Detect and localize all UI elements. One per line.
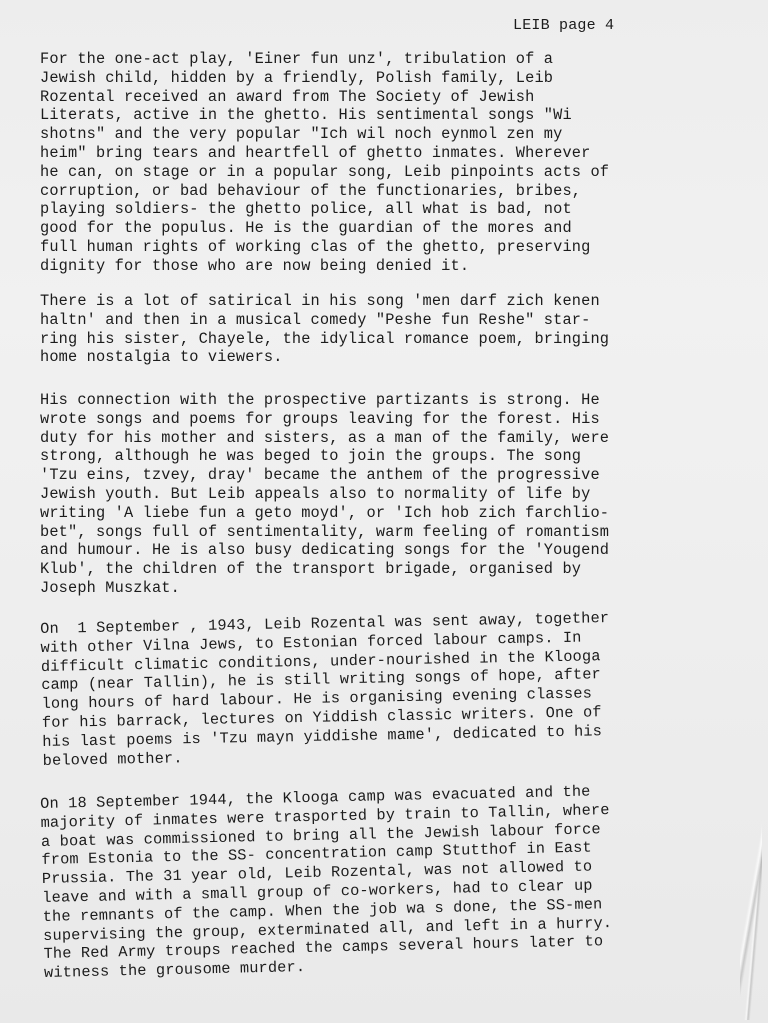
text-line: ring his sister, Chayele, the idylical r… bbox=[40, 330, 760, 349]
text-line: Jewish child, hidden by a friendly, Poli… bbox=[40, 69, 760, 88]
text-line: His connection with the prospective part… bbox=[40, 391, 760, 410]
text-line: and humour. He is also busy dedicating s… bbox=[40, 541, 760, 560]
text-line: There is a lot of satirical in his song … bbox=[40, 292, 760, 311]
paragraph-estonian-camps: On 1 September , 1943, Leib Rozental was… bbox=[40, 606, 763, 770]
text-line: playing soldiers- the ghetto police, all… bbox=[40, 200, 760, 219]
paragraph-award: For the one-act play, 'Einer fun unz', t… bbox=[40, 50, 760, 276]
text-line: Rozental received an award from The Soci… bbox=[40, 88, 760, 107]
text-line: full human rights of working clas of the… bbox=[40, 238, 760, 257]
paper-crease bbox=[740, 820, 762, 1020]
text-line: Literats, active in the ghetto. His sent… bbox=[40, 106, 760, 125]
text-line: bet", songs full of sentimentality, warm… bbox=[40, 523, 760, 542]
paragraph-partizants: His connection with the prospective part… bbox=[40, 391, 760, 598]
text-line: Klub', the children of the transport bri… bbox=[40, 560, 760, 579]
text-line: writing 'A liebe fun a geto moyd', or 'I… bbox=[40, 504, 760, 523]
text-line: home nostalgia to viewers. bbox=[40, 348, 760, 367]
paragraph-satire: There is a lot of satirical in his song … bbox=[40, 292, 760, 367]
page-header: LEIB page 4 bbox=[513, 17, 614, 34]
text-line: haltn' and then in a musical comedy "Pes… bbox=[40, 311, 760, 330]
text-line: good for the populus. He is the guardian… bbox=[40, 219, 760, 238]
text-line: 'Tzu eins, tzvey, dray' became the anthe… bbox=[40, 466, 760, 485]
text-line: dignity for those who are now being deni… bbox=[40, 257, 760, 276]
text-line: Jewish youth. But Leib appeals also to n… bbox=[40, 485, 760, 504]
text-line: he can, on stage or in a popular song, L… bbox=[40, 163, 760, 182]
paragraph-klooga-evacuation: On 18 September 1944, the Klooga camp wa… bbox=[40, 779, 764, 983]
text-line: shotns" and the very popular "Ich wil no… bbox=[40, 125, 760, 144]
text-line: strong, although he was beged to join th… bbox=[40, 447, 760, 466]
text-line: heim" bring tears and heartfell of ghett… bbox=[40, 144, 760, 163]
text-line: Joseph Muszkat. bbox=[40, 579, 760, 598]
text-line: corruption, or bad behaviour of the func… bbox=[40, 182, 760, 201]
text-line: For the one-act play, 'Einer fun unz', t… bbox=[40, 50, 760, 69]
typed-document-page: LEIB page 4 For the one-act play, 'Einer… bbox=[0, 0, 768, 1023]
text-line: wrote songs and poems for groups leaving… bbox=[40, 410, 760, 429]
text-line: duty for his mother and sisters, as a ma… bbox=[40, 429, 760, 448]
